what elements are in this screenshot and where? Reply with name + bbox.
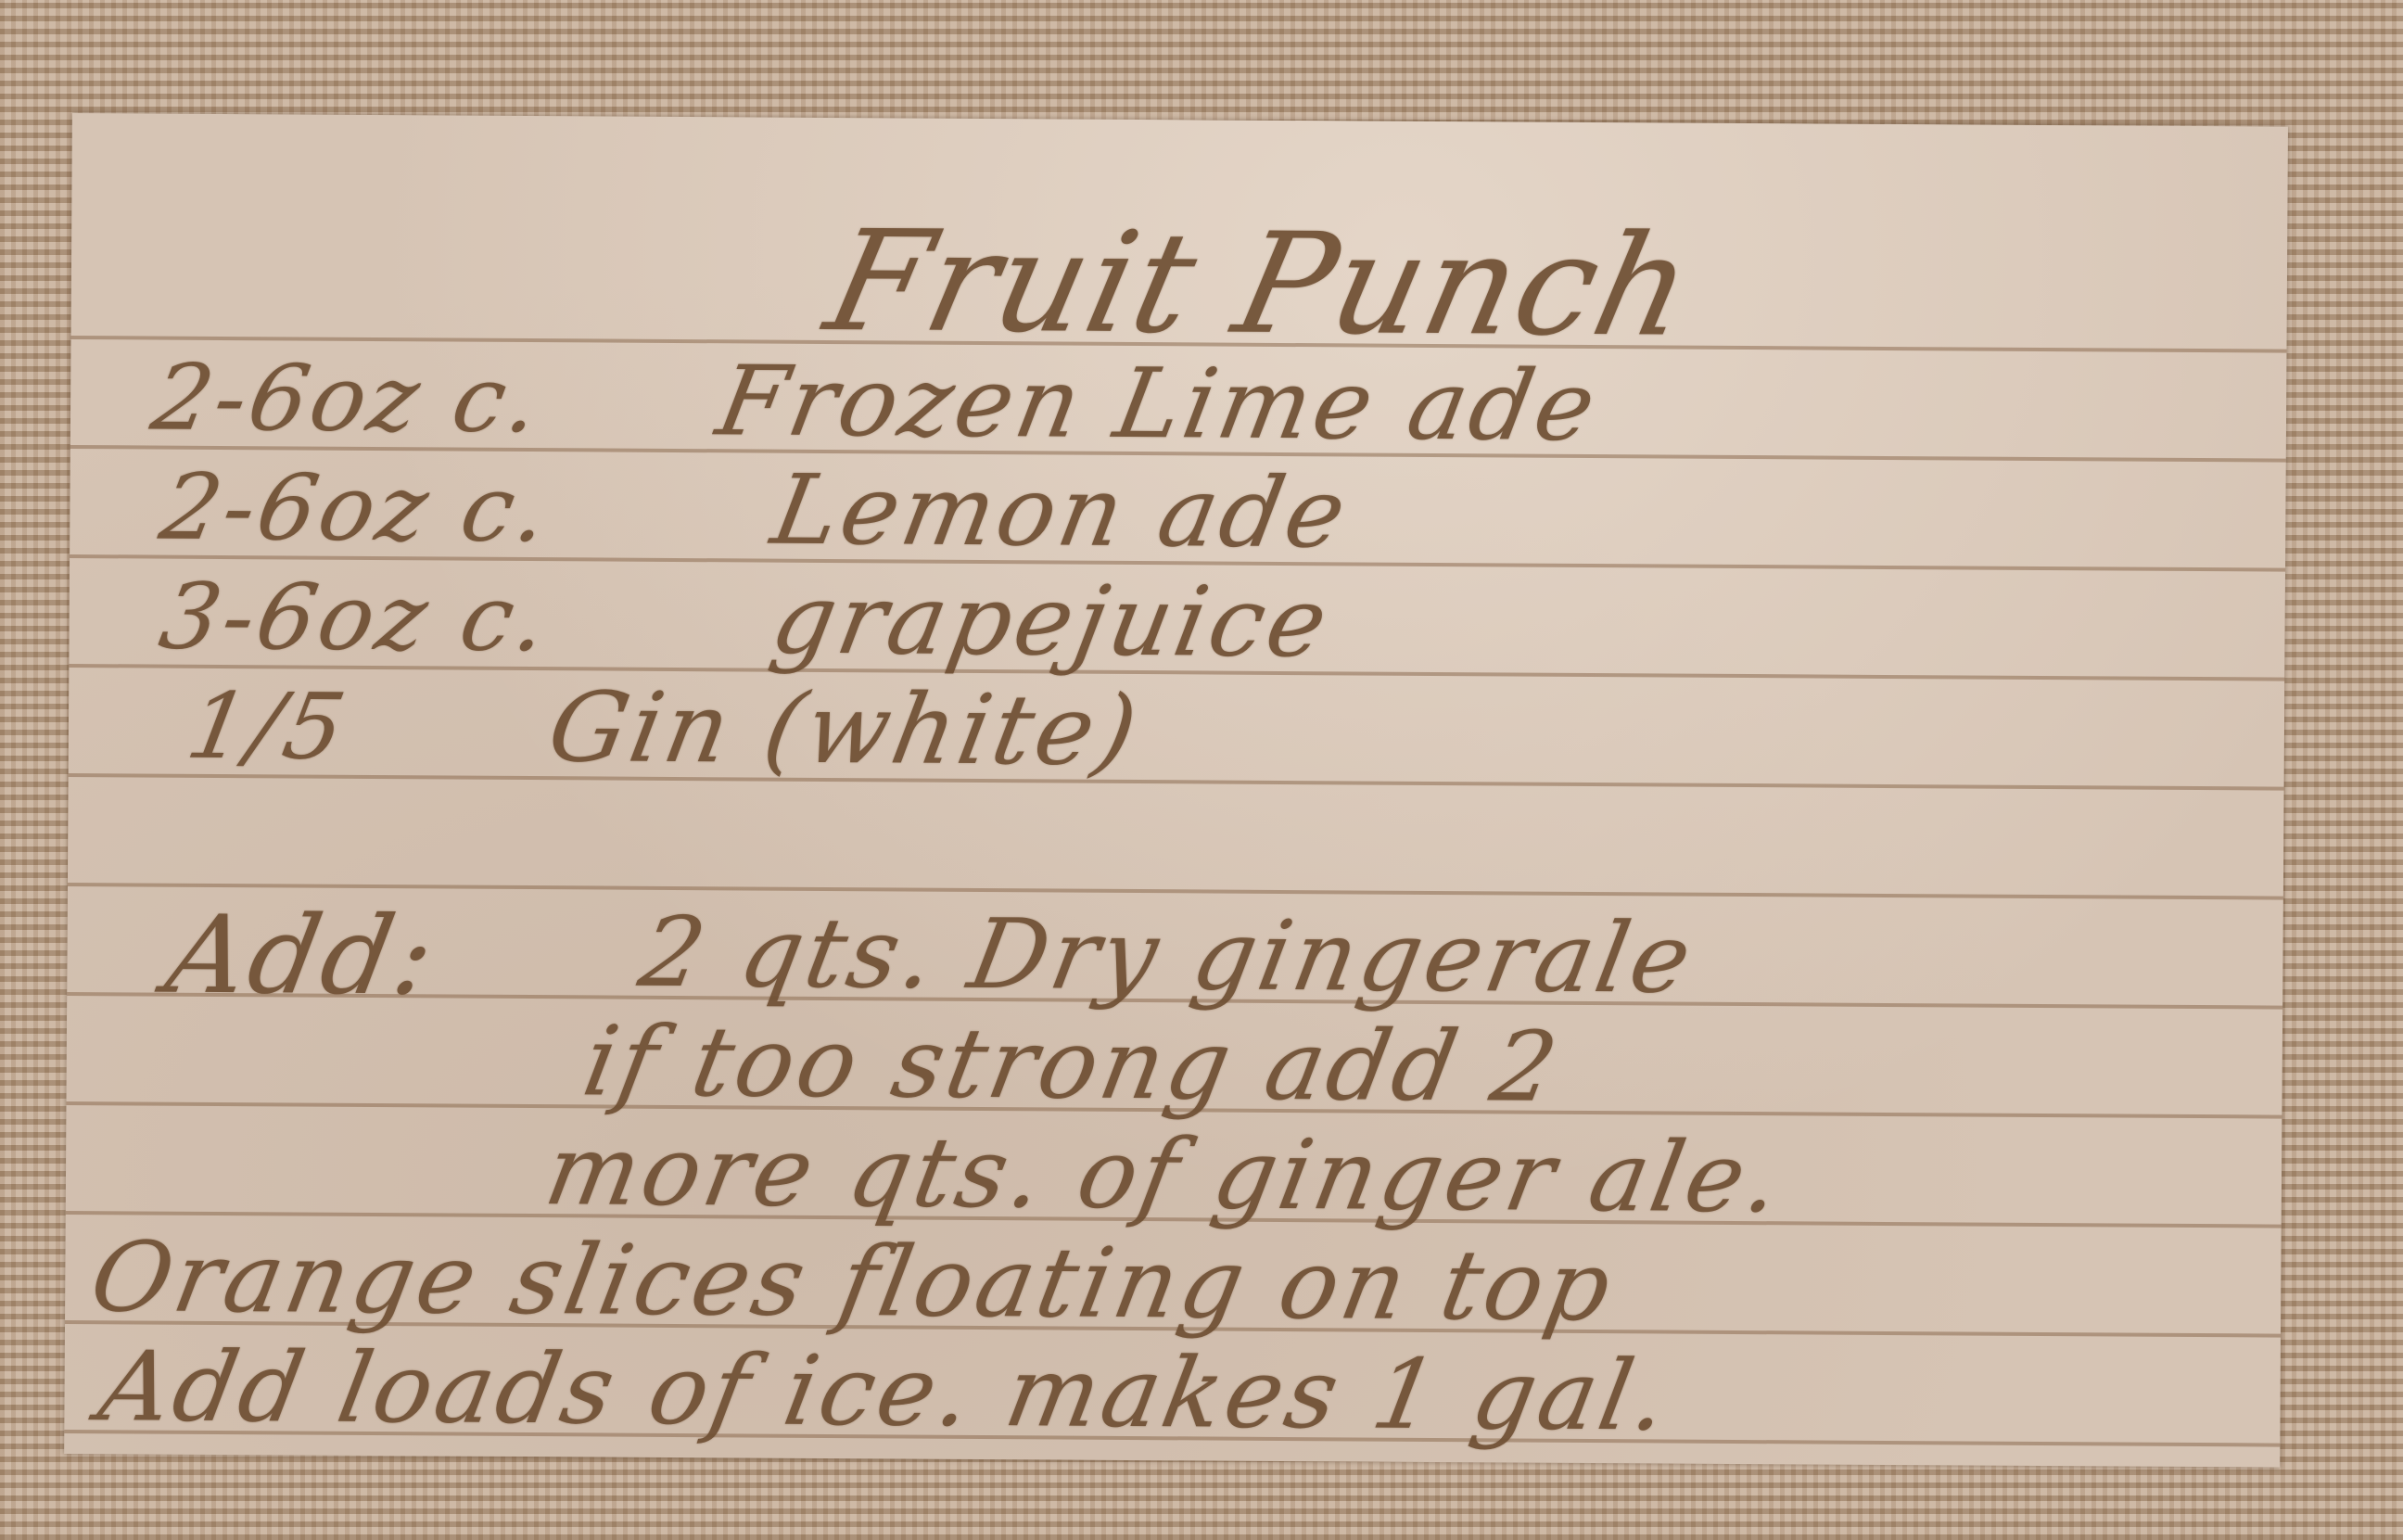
instruction-line: if too strong add 2: [576, 1004, 1570, 1123]
recipe-card: Fruit Punch 2-6oz c. Frozen Lime ade 2-6…: [64, 113, 2288, 1468]
instruction-line: 2 qts. Dry gingerale: [631, 896, 1703, 1015]
ingredient-item: Lemon ade: [764, 453, 1357, 570]
ingredient-qty: 1/5: [180, 674, 357, 781]
ingredient-qty: 3-6oz c.: [152, 565, 558, 672]
ingredient-item: Frozen Lime ade: [709, 344, 1608, 463]
ingredient-qty: 2-6oz c.: [153, 455, 559, 563]
ingredient-item: grapejuice: [764, 563, 1340, 680]
photo: Fruit Punch 2-6oz c. Frozen Lime ade 2-6…: [0, 0, 2403, 1540]
ingredient-item: Gin (white): [540, 670, 1149, 787]
ruled-line: [69, 773, 2284, 791]
instruction-line: Orange slices floating on top: [83, 1220, 1622, 1343]
add-label: Add:: [158, 893, 447, 1020]
instruction-line: more qts. of ginger ale.: [538, 1114, 1792, 1234]
instruction-line: Add loads of ice. makes 1 gal.: [91, 1330, 1680, 1452]
ingredient-qty: 2-6oz c.: [145, 346, 551, 453]
recipe-title: Fruit Punch: [814, 201, 1707, 367]
